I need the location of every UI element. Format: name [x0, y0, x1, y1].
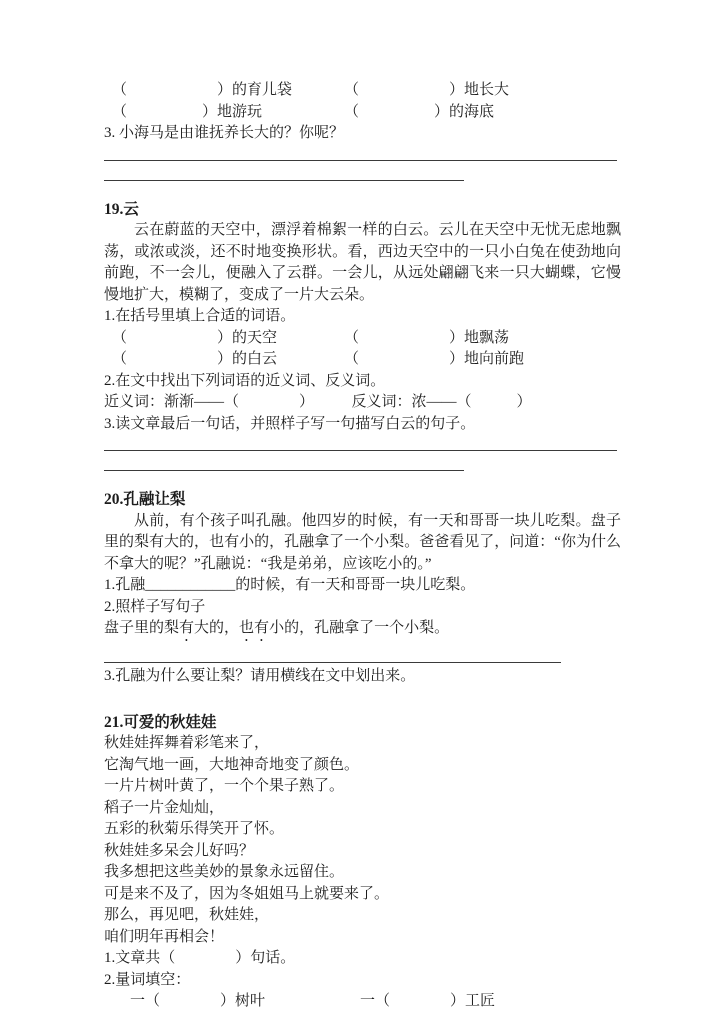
- question-text: 1.文章共（ ）句话。: [104, 948, 621, 970]
- emphasized-text: 有: [179, 620, 194, 636]
- example-sentence: 盘子里的梨有大的，也有小的，孔融拿了一个小梨。: [104, 618, 621, 645]
- poem-line: 我多想把这些美妙的景象永远留住。: [104, 862, 621, 884]
- poem-line: 它淘气地一画，大地神奇地变了颜色。: [104, 755, 621, 777]
- poem-line: 五彩的秋菊乐得笑开了怀。: [104, 819, 621, 841]
- reading-passage: 云在蔚蓝的天空中，漂浮着棉絮一样的白云。云儿在天空中无忧无虑地飘荡，或浓或淡，还…: [104, 220, 621, 306]
- fill-blank-row: （ ）的育儿袋 （ ）地长大: [104, 80, 621, 102]
- poem-line: 稻子一片金灿灿，: [104, 798, 621, 820]
- fill-blank-item: （ ）地飘荡: [344, 328, 509, 350]
- section-title: 20.孔融让梨: [104, 489, 621, 511]
- fill-blank-item: （ ）地游玩: [112, 102, 344, 124]
- fill-blank-item: 一（ ）工匠: [360, 991, 495, 1013]
- fill-blank-row: （ ）地游玩 （ ）的海底: [104, 102, 621, 124]
- question-text: 2.在文中找出下列词语的近义词、反义词。: [104, 371, 621, 393]
- worksheet-page: （ ）的育儿袋 （ ）地长大 （ ）地游玩 （ ）的海底 3. 小海马是由谁抚养…: [104, 80, 621, 1013]
- poem-line: 秋娃娃挥舞着彩笔来了，: [104, 733, 621, 755]
- plain-text: 盘子里的梨: [104, 620, 179, 636]
- question-text: 2.照样子写句子: [104, 597, 621, 619]
- fill-blank-item: （ ）的白云: [112, 349, 344, 371]
- question-text: 1.孔融____________的时候，有一天和哥哥一块儿吃梨。: [104, 575, 621, 597]
- fill-blank-item: （ ）的海底: [344, 102, 494, 124]
- answer-line: [104, 180, 464, 181]
- question-text: 3.读文章最后一句话，并照样子写一句描写白云的句子。: [104, 414, 621, 436]
- answer-line: [104, 470, 464, 471]
- question-text: 3.孔融为什么要让梨？请用横线在文中划出来。: [104, 666, 621, 688]
- section-title: 21.可爱的秋娃娃: [104, 712, 621, 734]
- fill-blank-row: （ ）的白云 （ ）地向前跑: [104, 349, 621, 371]
- section-19-cloud: 19.云 云在蔚蓝的天空中，漂浮着棉絮一样的白云。云儿在天空中无忧无虑地飘荡，或…: [104, 199, 621, 472]
- answer-line: [104, 160, 617, 161]
- poem-line: 那么，再见吧，秋娃娃，: [104, 905, 621, 927]
- fill-blank-item: 一（ ）树叶: [130, 991, 360, 1013]
- answer-line: [104, 662, 561, 663]
- fill-blank-item: （ ）地长大: [344, 80, 509, 102]
- section-seahorse: （ ）的育儿袋 （ ）地长大 （ ）地游玩 （ ）的海底 3. 小海马是由谁抚养…: [104, 80, 621, 181]
- section-21-autumn: 21.可爱的秋娃娃 秋娃娃挥舞着彩笔来了， 它淘气地一画，大地神奇地变了颜色。 …: [104, 712, 621, 1013]
- poem-line: 咱们明年再相会！: [104, 927, 621, 949]
- fill-blank-row: （ ）的天空 （ ）地飘荡: [104, 328, 621, 350]
- fill-blank-item: （ ）的天空: [112, 328, 344, 350]
- question-text: 2.量词填空：: [104, 970, 621, 992]
- fill-blank-item: （ ）的育儿袋: [112, 80, 344, 102]
- fill-blank-row: 一（ ）树叶 一（ ）工匠: [104, 991, 621, 1013]
- section-title: 19.云: [104, 199, 621, 221]
- poem-line: 秋娃娃多呆会儿好吗？: [104, 841, 621, 863]
- poem-line: 可是来不及了，因为冬姐姐马上就要来了。: [104, 884, 621, 906]
- section-20-kongrong: 20.孔融让梨 从前，有个孩子叫孔融。他四岁的时候，有一天和哥哥一块儿吃梨。盘子…: [104, 489, 621, 688]
- reading-passage: 从前，有个孩子叫孔融。他四岁的时候，有一天和哥哥一块儿吃梨。盘子里的梨有大的，也…: [104, 511, 621, 576]
- fill-blank-item: （ ）地向前跑: [344, 349, 524, 371]
- plain-text: 大的，: [194, 620, 239, 636]
- plain-text: 小的，孔融拿了一个小梨。: [269, 620, 449, 636]
- question-text: 1.在括号里填上合适的词语。: [104, 306, 621, 328]
- emphasized-text: 也有: [239, 620, 269, 636]
- synonym-antonym-row: 近义词：渐渐——（ ） 反义词：浓——（ ）: [104, 392, 621, 414]
- answer-line: [104, 450, 617, 451]
- poem-line: 一片片树叶黄了，一个个果子熟了。: [104, 776, 621, 798]
- question-text: 3. 小海马是由谁抚养长大的？你呢？: [104, 123, 621, 145]
